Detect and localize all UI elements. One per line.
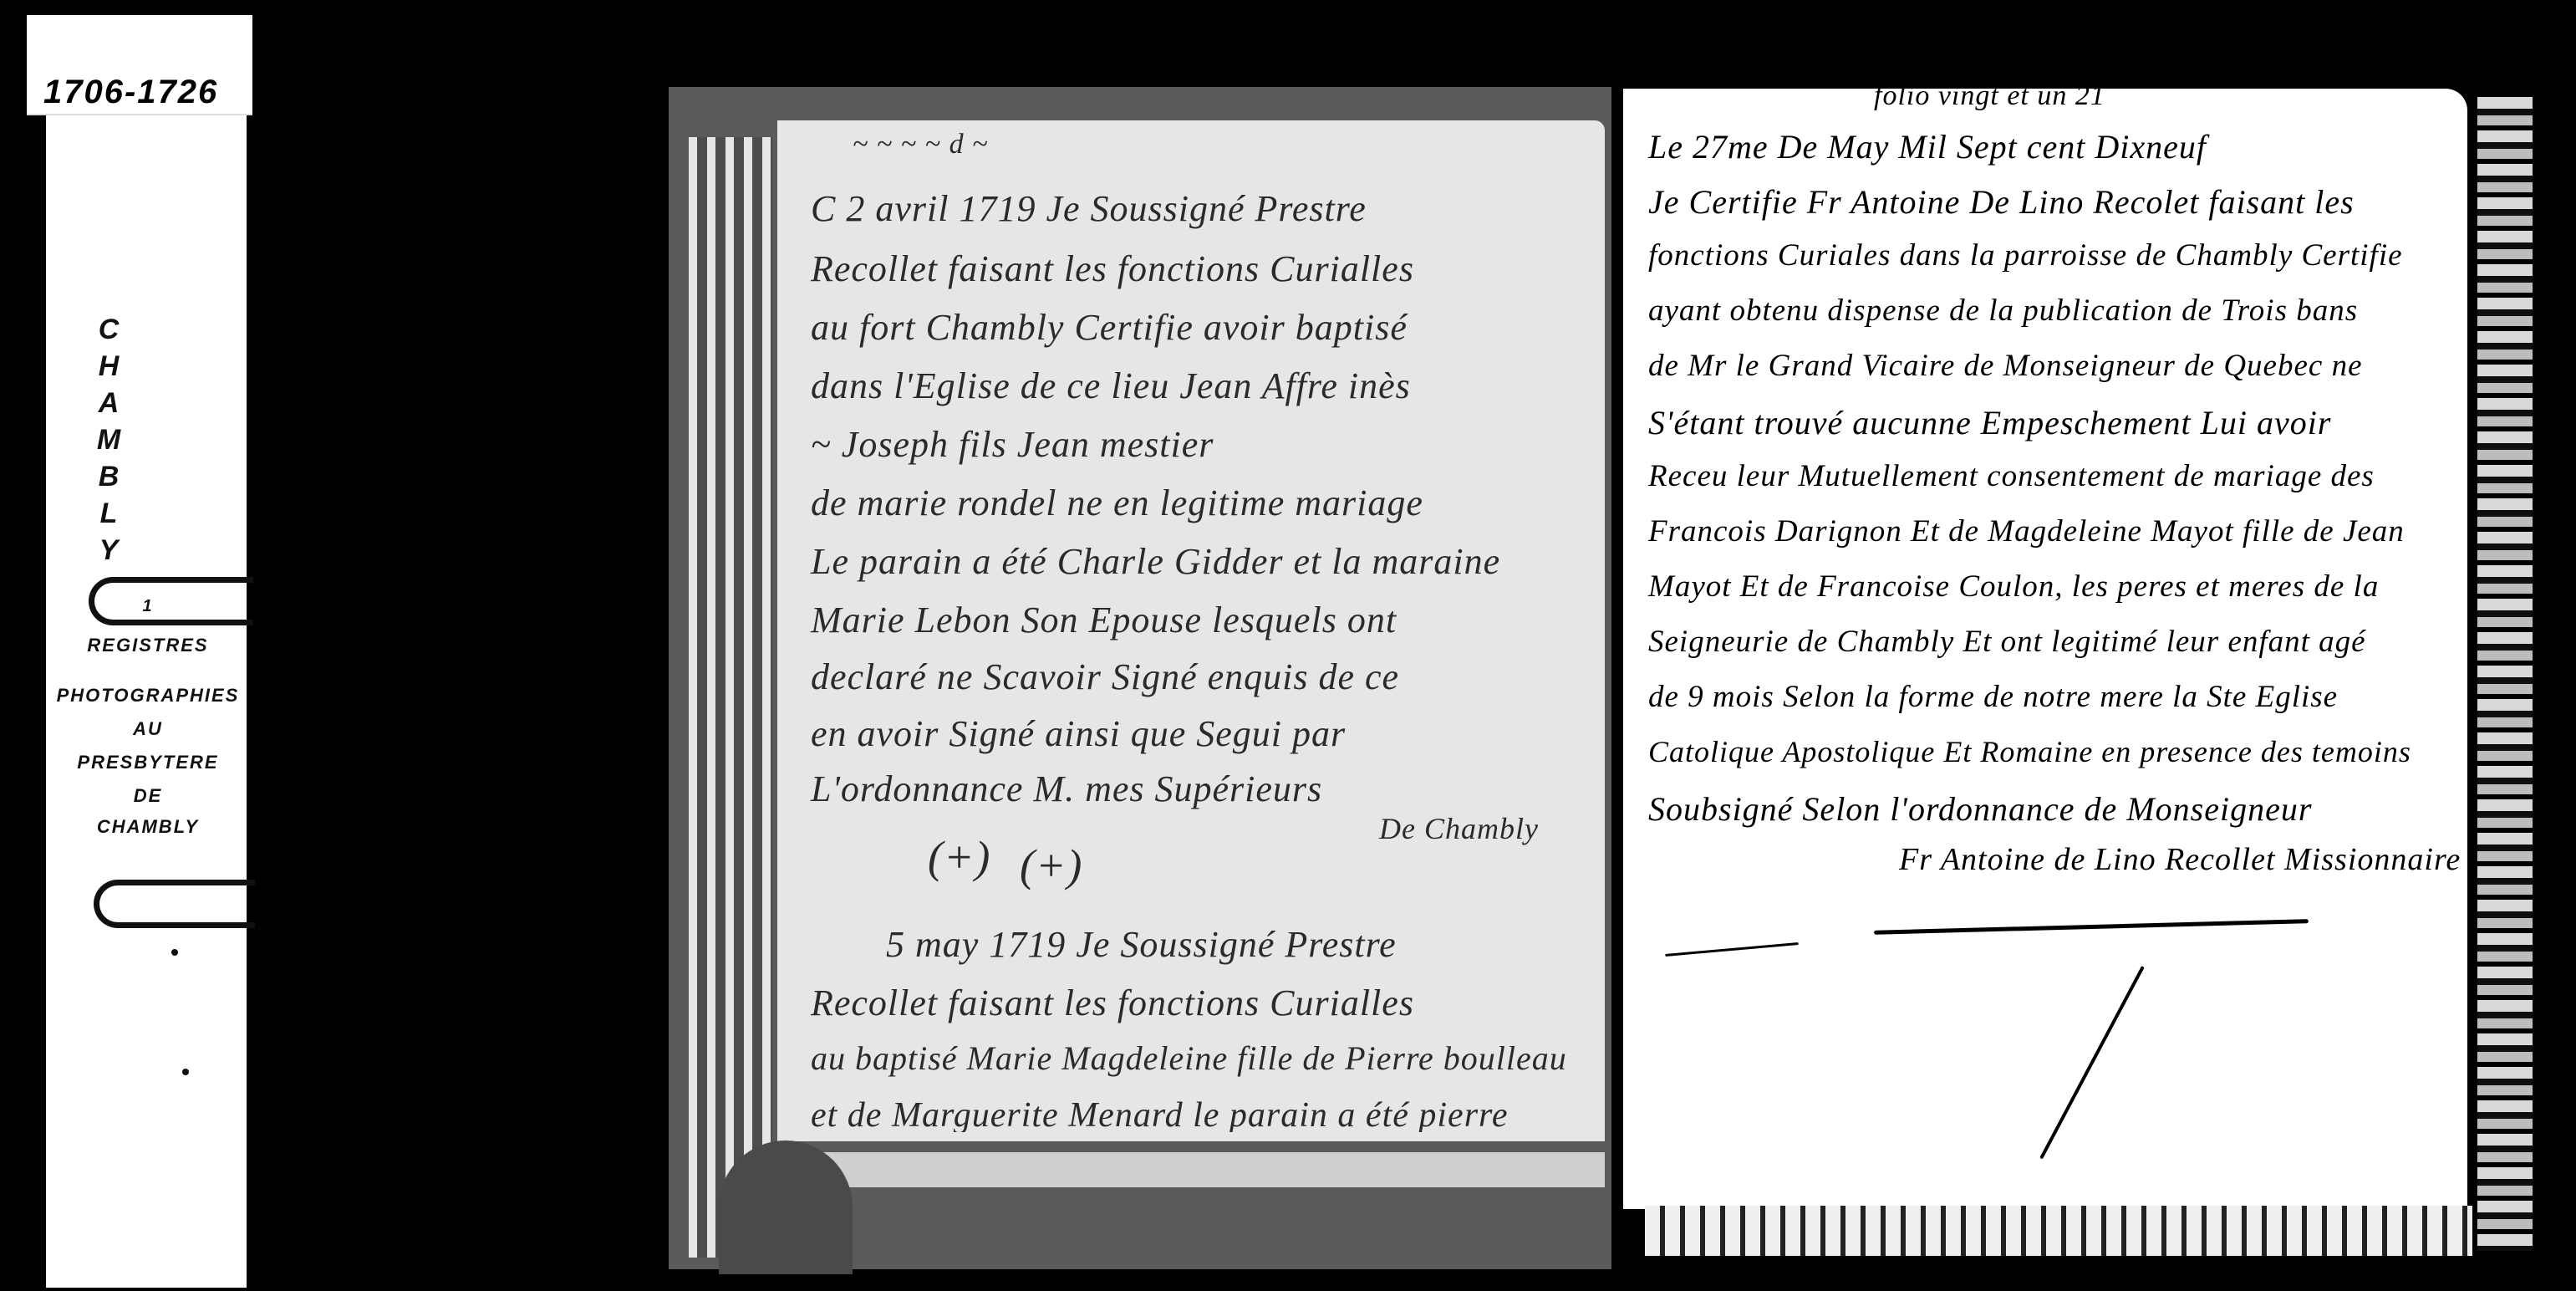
entry-line: Mayot Et de Francoise Coulon, les peres … [1648, 569, 2379, 605]
entry-line: de 9 mois Selon la forme de notre mere l… [1648, 679, 2338, 715]
title-letter: B [84, 458, 134, 495]
entry-line: Receu leur Mutuellement consentement de … [1648, 458, 2375, 494]
cross-mark: (+) [1020, 839, 1082, 891]
volume-mark: 1 [52, 595, 244, 618]
entry-line: dans l'Eglise de ce lieu Jean Affre inès [811, 365, 1411, 407]
signature-underline [1874, 919, 2309, 935]
entry-line: ~ Joseph fils Jean mestier [811, 423, 1214, 466]
left-page: ~ ~ ~ ~ d ~ C 2 avril 1719 Je Soussigné … [777, 120, 1605, 1191]
page-header-scribble: ~ ~ ~ ~ d ~ [853, 129, 988, 161]
right-page-area: folio vingt et un 21 Le 27me De May Mil … [1611, 80, 2576, 1291]
title-letter: A [84, 385, 134, 421]
ink-dot [171, 949, 178, 956]
entry-line: en avoir Signé ainsi que Segui par [811, 712, 1346, 755]
entry-line: De Chambly [1379, 811, 1539, 846]
entry-line: Marie Lebon Son Epouse lesquels ont [811, 599, 1397, 641]
page-bottom-edge [1645, 1206, 2472, 1256]
page-edge-fold [2477, 97, 2533, 1251]
right-page: folio vingt et un 21 Le 27me De May Mil … [1623, 89, 2467, 1209]
folio-header: folio vingt et un 21 [1874, 80, 2105, 112]
title-letter: Y [84, 532, 134, 569]
pen-stroke [2039, 966, 2145, 1159]
paperclip-icon [94, 880, 255, 928]
entry-line: declaré ne Scavoir Signé enquis de ce [811, 656, 1399, 698]
cross-mark: (+) [928, 831, 990, 883]
entry-line: Le 27me De May Mil Sept cent Dixneuf [1648, 127, 2207, 166]
entry-line: de marie rondel ne en legitime mariage [811, 482, 1423, 524]
entry-line: L'ordonnance M. mes Supérieurs [811, 768, 1322, 810]
entry-line: Francois Darignon Et de Magdeleine Mayot… [1648, 513, 2405, 549]
caption-registres: REGISTRES [52, 634, 244, 656]
entry-line: 5 may 1719 Je Soussigné Prestre [886, 923, 1397, 966]
caption-au: AU [52, 717, 244, 740]
entry-line: C 2 avril 1719 Je Soussigné Prestre [811, 187, 1367, 230]
page-bottom-edge [777, 1132, 1605, 1224]
caption-de: DE [52, 784, 244, 807]
entry-line: fonctions Curiales dans la parroisse de … [1648, 237, 2403, 273]
date-range-label: 1706-1726 [27, 15, 252, 115]
entry-line: et de Marguerite Menard le parain a été … [811, 1095, 1508, 1135]
entry-line: Je Certifie Fr Antoine De Lino Recolet f… [1648, 182, 2355, 222]
ink-dot [182, 1069, 189, 1075]
priest-signature: Fr Antoine de Lino Recollet Missionnaire [1899, 841, 2461, 878]
caption-chambly: CHAMBLY [52, 815, 244, 838]
title-letter: L [84, 495, 134, 532]
entry-line: ayant obtenu dispense de la publication … [1648, 293, 2358, 329]
entry-line: Seigneurie de Chambly Et ont legitimé le… [1648, 624, 2366, 660]
title-letter: M [84, 421, 134, 458]
entry-line: de Mr le Grand Vicaire de Monseigneur de… [1648, 348, 2363, 384]
thumb-shadow [719, 1140, 853, 1274]
left-page-highlight[interactable]: ~ ~ ~ ~ d ~ C 2 avril 1719 Je Soussigné … [669, 87, 1611, 1269]
entry-line: Catolique Apostolique Et Romaine en pres… [1648, 734, 2411, 769]
title-letter: C [84, 311, 134, 348]
entry-line: au fort Chambly Certifie avoir baptisé [811, 306, 1408, 349]
entry-line: S'étant trouvé aucunne Empeschement Lui … [1648, 403, 2331, 442]
title-letter: H [84, 348, 134, 385]
caption-photographies: PHOTOGRAPHIES [52, 684, 244, 707]
entry-line: Recollet faisant les fonctions Curialles [811, 247, 1414, 290]
parish-vertical-title: C H A M B L Y [84, 311, 134, 569]
rule-stroke [1665, 942, 1799, 957]
date-range-text: 1706-1726 [43, 74, 218, 111]
entry-line: Recollet faisant les fonctions Curialles [811, 982, 1414, 1024]
entry-line: Soubsigné Selon l'ordonnance de Monseign… [1648, 789, 2312, 829]
entry-line: Le parain a été Charle Gidder et la mara… [811, 540, 1500, 583]
caption-presbytere: PRESBYTERE [52, 751, 244, 773]
page-edges [689, 137, 772, 1258]
entry-line: au baptisé Marie Magdeleine fille de Pie… [811, 1038, 1567, 1078]
